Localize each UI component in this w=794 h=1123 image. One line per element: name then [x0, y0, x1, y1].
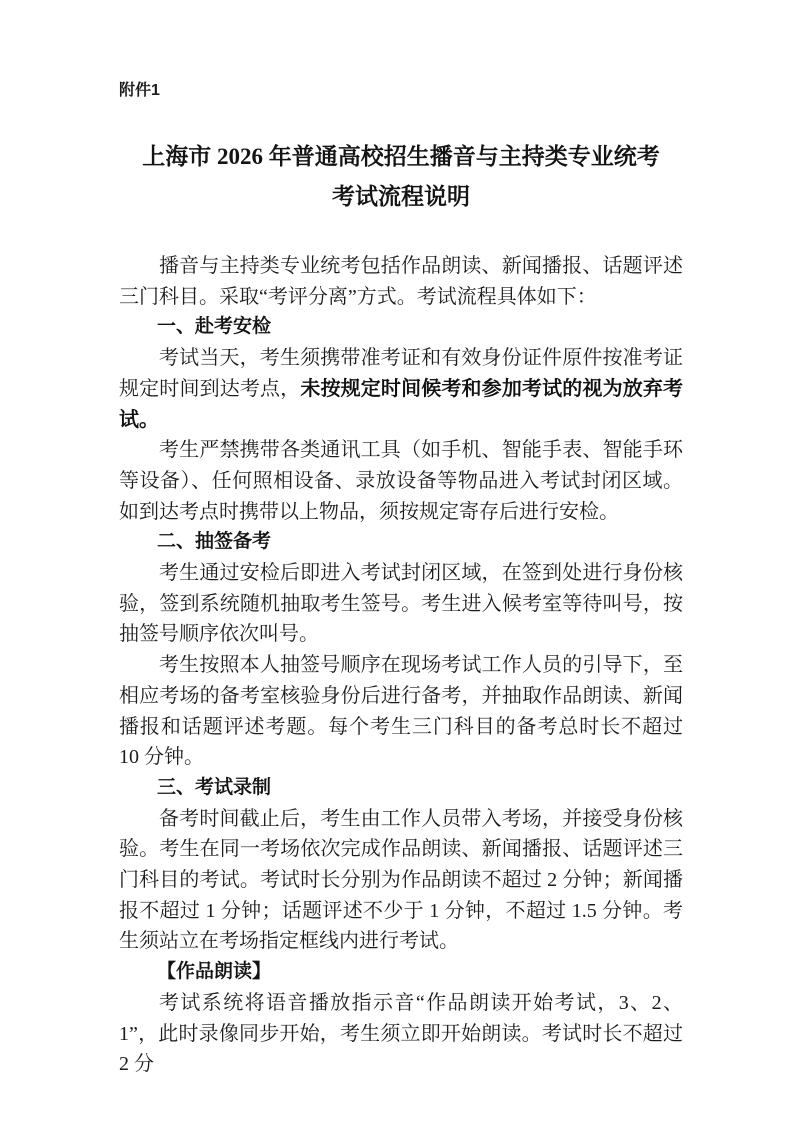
attachment-label: 附件1: [119, 81, 683, 101]
section2-heading: 二、抽签备考: [119, 527, 683, 558]
document-page: 附件1 上海市 2026 年普通高校招生播音与主持类专业统考 考试流程说明 播音…: [0, 0, 794, 1123]
intro-paragraph: 播音与主持类专业统考包括作品朗读、新闻播报、话题评述三门科目。采取“考评分离”方…: [119, 251, 683, 312]
section1-paragraph1: 考试当天，考生须携带准考证和有效身份证件原件按准考证规定时间到达考点，未按规定时…: [119, 343, 683, 435]
document-body: 附件1 上海市 2026 年普通高校招生播音与主持类专业统考 考试流程说明 播音…: [119, 81, 683, 1080]
document-content: 播音与主持类专业统考包括作品朗读、新闻播报、话题评述三门科目。采取“考评分离”方…: [119, 251, 683, 1080]
document-title-line2: 考试流程说明: [119, 177, 683, 217]
section1-paragraph2: 考生严禁携带各类通讯工具（如手机、智能手表、智能手环等设备）、任何照相设备、录放…: [119, 435, 683, 527]
section3-paragraph1: 备考时间截止后，考生由工作人员带入考场，并接受身份核验。考生在同一考场依次完成作…: [119, 804, 683, 958]
section2-paragraph1: 考生通过安检后即进入考试封闭区域，在签到处进行身份核验，签到系统随机抽取考生签号…: [119, 558, 683, 650]
subsection-paragraph1: 考试系统将语音播放指示音“作品朗读开始考试，3、2、1”，此时录像同步开始，考生…: [119, 988, 683, 1080]
section2-paragraph2: 考生按照本人抽签号顺序在现场考试工作人员的引导下，至相应考场的备考室核验身份后进…: [119, 650, 683, 773]
section3-heading: 三、考试录制: [119, 773, 683, 804]
section1-heading: 一、赴考安检: [119, 312, 683, 343]
subsection-heading-zuopin-langdu: 【作品朗读】: [119, 957, 683, 988]
document-title: 上海市 2026 年普通高校招生播音与主持类专业统考 考试流程说明: [119, 137, 683, 217]
document-title-line1: 上海市 2026 年普通高校招生播音与主持类专业统考: [119, 137, 683, 177]
